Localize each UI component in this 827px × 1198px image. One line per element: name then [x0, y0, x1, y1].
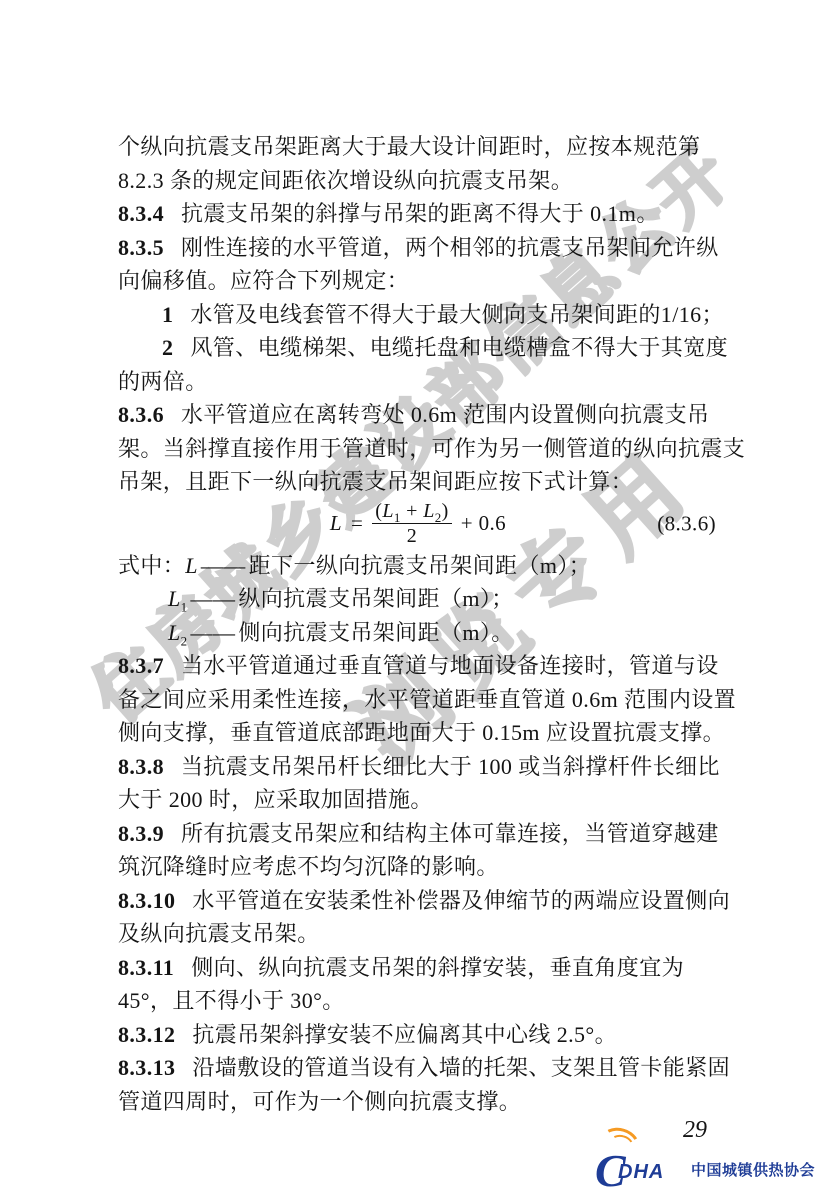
fraction: (L1 + L2) 2	[372, 500, 451, 548]
section-number: 8.3.8	[118, 754, 164, 779]
line-text: 当抗震支吊架吊杆长细比大于 100 或当斜撑杆件长细比	[181, 754, 720, 779]
equation-number: (8.3.6)	[657, 511, 716, 536]
text-line: 备之间应采用柔性连接，水平管道距垂直管道 0.6m 范围内设置	[118, 683, 718, 717]
text-line: 8.3.13沿墙敷设的管道当设有入墙的托架、支架且管卡能紧固	[118, 1051, 718, 1085]
formula-tail: + 0.6	[461, 511, 506, 536]
item-number: 1	[162, 302, 173, 327]
line-text: 架。当斜撑直接作用于管道时，可作为另一侧管道的纵向抗震支	[118, 436, 745, 461]
text-line: 个纵向抗震支吊架距离大于最大设计间距时，应按本规范第	[118, 130, 718, 164]
line-text: 吊架，且距下一纵向抗震支吊架间距应按下式计算：	[118, 469, 633, 494]
section-number: 8.3.6	[118, 402, 164, 427]
text-line: 吊架，且距下一纵向抗震支吊架间距应按下式计算：	[118, 465, 718, 499]
line-text: 管道四周时，可作为一个侧向抗震支撑。	[118, 1089, 521, 1114]
line-text: 向偏移值。应符合下列规定：	[118, 268, 409, 293]
text-line: 8.3.10水平管道在安装柔性补偿器及伸缩节的两端应设置侧向	[118, 884, 718, 918]
line-text: 水平管道在安装柔性补偿器及伸缩节的两端应设置侧向	[192, 888, 730, 913]
list-item: 2风管、电缆梯架、电缆托盘和电缆槽盒不得大于其宽度	[118, 331, 718, 365]
line-text: 抗震吊架斜撑安装不应偏离其中心线 2.5°。	[192, 1022, 617, 1047]
legend-var: L	[168, 620, 181, 645]
section-number: 8.3.5	[118, 235, 164, 260]
legend-text: 侧向抗震支吊架间距（m）。	[238, 620, 513, 645]
section-number: 8.3.7	[118, 653, 164, 678]
line-text: 所有抗震支吊架应和结构主体可靠连接，当管道穿越建	[181, 821, 719, 846]
line-text: 刚性连接的水平管道，两个相邻的抗震支吊架间允许纵	[181, 235, 719, 260]
text-line: 筑沉降缝时应考虑不均匀沉降的影响。	[118, 850, 718, 884]
legend-dash: ——	[191, 620, 236, 645]
legend-var: L	[168, 586, 181, 611]
formula-legend-row: L1——纵向抗震支吊架间距（m）；	[118, 582, 718, 616]
text-line: 8.3.5刚性连接的水平管道，两个相邻的抗震支吊架间允许纵	[118, 231, 718, 265]
legend-lead: 式中：	[118, 553, 185, 578]
line-text: 侧向支撑，垂直管道底部距地面大于 0.15m 应设置抗震支撑。	[118, 720, 725, 745]
text-line: 8.3.9所有抗震支吊架应和结构主体可靠连接，当管道穿越建	[118, 817, 718, 851]
legend-dash: ——	[191, 586, 236, 611]
formula-lhs: L	[330, 511, 342, 536]
text-line: 的两倍。	[118, 365, 718, 399]
plus-sign: +	[401, 500, 423, 522]
line-text: 个纵向抗震支吊架距离大于最大设计间距时，应按本规范第	[118, 134, 700, 159]
section-number: 8.3.12	[118, 1022, 175, 1047]
item-number: 2	[162, 335, 173, 360]
line-text: 当水平管道通过垂直管道与地面设备连接时，管道与设	[181, 653, 719, 678]
equals-sign: =	[351, 511, 363, 536]
subscript-2: 2	[435, 510, 442, 525]
legend-text: 距下一纵向抗震支吊架间距（m）；	[249, 553, 592, 578]
line-text: 水平管道应在离转弯处 0.6m 范围内设置侧向抗震支吊	[181, 402, 709, 427]
text-line: 8.3.7当水平管道通过垂直管道与地面设备连接时，管道与设	[118, 649, 718, 683]
text-line: 侧向支撑，垂直管道底部距地面大于 0.15m 应设置抗震支撑。	[118, 716, 718, 750]
legend-text: 纵向抗震支吊架间距（m）；	[238, 586, 513, 611]
legend-var: L	[185, 553, 198, 578]
text-column: 个纵向抗震支吊架距离大于最大设计间距时，应按本规范第 8.2.3 条的规定间距依…	[118, 130, 718, 1118]
numerator: (L1 + L2)	[372, 500, 451, 524]
subscript-1: 1	[394, 510, 401, 525]
line-text: 沿墙敷设的管道当设有入墙的托架、支架且管卡能紧固	[192, 1055, 730, 1080]
formula-legend-row: L2——侧向抗震支吊架间距（m）。	[118, 616, 718, 650]
association-logo: C DHA 中国城镇供热协会	[597, 1139, 815, 1185]
text-line: 8.3.11侧向、纵向抗震支吊架的斜撑安装，垂直角度宜为	[118, 951, 718, 985]
line-text: 风管、电缆梯架、电缆托盘和电缆槽盒不得大于其宽度	[190, 335, 728, 360]
var-l2: L	[423, 500, 435, 522]
text-line: 8.3.8当抗震支吊架吊杆长细比大于 100 或当斜撑杆件长细比	[118, 750, 718, 784]
line-text: 45°，且不得小于 30°。	[118, 988, 345, 1013]
logo-mark: C DHA	[597, 1139, 679, 1185]
section-number: 8.3.4	[118, 201, 164, 226]
line-text: 筑沉降缝时应考虑不均匀沉降的影响。	[118, 854, 499, 879]
text-line: 45°，且不得小于 30°。	[118, 984, 718, 1018]
text-line: 架。当斜撑直接作用于管道时，可作为另一侧管道的纵向抗震支	[118, 432, 718, 466]
section-number: 8.3.10	[118, 888, 175, 913]
var-l1: L	[382, 500, 394, 522]
line-text: 及纵向抗震支吊架。	[118, 921, 320, 946]
text-line: 8.3.6水平管道应在离转弯处 0.6m 范围内设置侧向抗震支吊	[118, 398, 718, 432]
formula-8-3-6: L = (L1 + L2) 2 + 0.6 (8.3.6)	[118, 499, 718, 549]
legend-dash: ——	[201, 553, 246, 578]
legend-sub: 1	[181, 599, 188, 614]
section-number: 8.3.13	[118, 1055, 175, 1080]
section-number: 8.3.11	[118, 955, 174, 980]
text-line: 大于 200 时，应采取加固措施。	[118, 783, 718, 817]
logo-dha-text: DHA	[618, 1161, 664, 1184]
document-page: 住房城乡建设部信息公开 浏览专用 个纵向抗震支吊架距离大于最大设计间距时，应按本…	[0, 0, 827, 1198]
org-name: 中国城镇供热协会	[691, 1159, 815, 1185]
line-text: 抗震支吊架的斜撑与吊架的距离不得大于 0.1m。	[181, 201, 659, 226]
text-line: 向偏移值。应符合下列规定：	[118, 264, 718, 298]
paren-close: )	[442, 500, 449, 522]
legend-sub: 2	[181, 633, 188, 648]
text-line: 及纵向抗震支吊架。	[118, 917, 718, 951]
line-text: 水管及电线套管不得大于最大侧向支吊架间距的1/16；	[190, 302, 724, 327]
line-text: 的两倍。	[118, 369, 208, 394]
text-line: 管道四周时，可作为一个侧向抗震支撑。	[118, 1085, 718, 1119]
text-line: 8.3.4抗震支吊架的斜撑与吊架的距离不得大于 0.1m。	[118, 197, 718, 231]
list-item: 1水管及电线套管不得大于最大侧向支吊架间距的1/16；	[118, 298, 718, 332]
line-text: 侧向、纵向抗震支吊架的斜撑安装，垂直角度宜为	[191, 955, 684, 980]
section-number: 8.3.9	[118, 821, 164, 846]
denominator: 2	[407, 524, 417, 547]
line-text: 备之间应采用柔性连接，水平管道距垂直管道 0.6m 范围内设置	[118, 687, 736, 712]
formula-legend-row: 式中：L——距下一纵向抗震支吊架间距（m）；	[118, 549, 718, 583]
line-text: 8.2.3 条的规定间距依次增设纵向抗震支吊架。	[118, 168, 573, 193]
text-line: 8.2.3 条的规定间距依次增设纵向抗震支吊架。	[118, 164, 718, 198]
text-line: 8.3.12抗震吊架斜撑安装不应偏离其中心线 2.5°。	[118, 1018, 718, 1052]
line-text: 大于 200 时，应采取加固措施。	[118, 787, 433, 812]
